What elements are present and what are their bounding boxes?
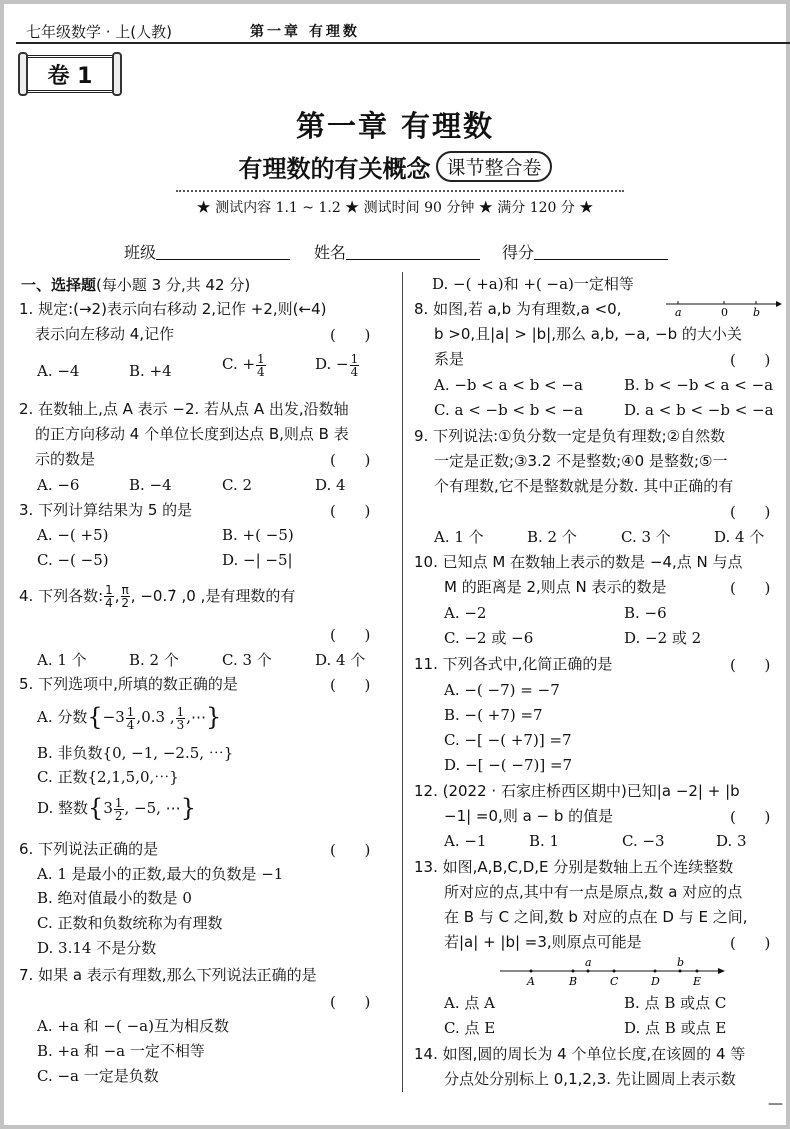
section-heading: 一、选择题(每小题 3 分,共 42 分) xyxy=(21,274,250,295)
q2-option-b[interactable]: B. −4 xyxy=(129,473,172,497)
denominator: 3 xyxy=(176,719,186,731)
q13-stem-line2: 所对应的点,其中有一点是原点,数 a 对应的点 xyxy=(444,880,742,904)
q9-stem-line2: 一定是正数;③3.2 不是整数;④0 是整数;⑤一 xyxy=(434,449,727,473)
subtitle-text: 有理数的有关概念 xyxy=(238,155,430,183)
q10-stem-line2: M 的距离是 2,则点 N 表示的数是 xyxy=(444,575,667,599)
name-field[interactable]: 姓名 xyxy=(314,240,480,263)
q10-answer-blank[interactable]: ( ) xyxy=(730,579,770,597)
q6-stem: 6. 下列说法正确的是 xyxy=(19,837,158,861)
numerator: 1 xyxy=(256,353,266,366)
q2-option-d[interactable]: D. 4 xyxy=(315,473,346,497)
tail: , −5, ⋯ xyxy=(125,799,181,817)
q2-stem-line1: 2. 在数轴上,点 A 表示 −2. 若从点 A 出发,沿数轴 xyxy=(19,397,349,421)
denominator: 4 xyxy=(350,366,360,378)
q5-option-a[interactable]: A. 分数{−314,0.3 ,13,⋯} xyxy=(37,705,221,731)
q2-option-a[interactable]: A. −6 xyxy=(37,473,79,497)
header-chapter: 第一章 有理数 xyxy=(250,21,360,41)
header-divider xyxy=(16,42,790,44)
q10-option-a[interactable]: A. −2 xyxy=(444,601,486,625)
subtitle-tag: 课节整合卷 xyxy=(436,151,551,182)
dotted-divider xyxy=(176,190,624,192)
label: A. 分数 xyxy=(37,708,87,726)
q13-number-line-figure: a b A B C D E xyxy=(498,957,728,989)
name-blank[interactable] xyxy=(346,243,480,260)
q11-answer-blank[interactable]: ( ) xyxy=(730,656,770,674)
q2-option-c[interactable]: C. 2 xyxy=(222,473,252,497)
q11-option-a[interactable]: A. −( −7) = −7 xyxy=(444,678,560,702)
q13-option-c[interactable]: C. 点 E xyxy=(444,1016,495,1040)
numerator: 1 xyxy=(350,353,360,366)
q1-option-d-fraction: 14 xyxy=(350,353,360,378)
q5-stem: 5. 下列选项中,所填的数正确的是 xyxy=(19,672,238,696)
q11-option-b[interactable]: B. −( +7) =7 xyxy=(444,703,543,727)
q12-option-b[interactable]: B. 1 xyxy=(529,829,559,853)
q14-stem-line1: 14. 如图,圆的周长为 4 个单位长度,在该圆的 4 等 xyxy=(414,1042,745,1066)
q4-fraction-2: π2 xyxy=(121,584,130,609)
q4-stem: 4. 下列各数:14,π2, −0.7̇ ,0 ,是有理数的有 xyxy=(19,584,295,609)
whole: 3 xyxy=(103,799,113,817)
q10-option-b[interactable]: B. −6 xyxy=(624,601,667,625)
class-field[interactable]: 班级 xyxy=(124,240,290,263)
fraction: 14 xyxy=(126,706,136,731)
q9-stem-line3: 个有理数,它不是整数就是分数. 其中正确的有 xyxy=(434,474,733,498)
section-note: (每小题 3 分,共 42 分) xyxy=(96,276,250,294)
left-brace-icon: { xyxy=(88,794,103,822)
test-info: ★ 测试内容 1.1 ~ 1.2 ★ 测试时间 90 分钟 ★ 满分 120 分… xyxy=(4,197,786,217)
q9-option-d[interactable]: D. 4 个 xyxy=(714,525,764,549)
label: D. 整数 xyxy=(37,799,88,817)
q5-option-b[interactable]: B. 非负数{0, −1, −2.5, ⋯} xyxy=(37,741,233,765)
q2-stem-line2: 的正方向移动 4 个单位长度到达点 B,则点 B 表 xyxy=(35,422,349,446)
right-brace-icon: } xyxy=(181,794,196,822)
q12-option-c[interactable]: C. −3 xyxy=(622,829,665,853)
q6-option-a[interactable]: A. 1 是最小的正数,最大的负数是 −1 xyxy=(37,862,283,886)
q10-stem-line1: 10. 已知点 M 在数轴上表示的数是 −4,点 N 与点 xyxy=(414,550,743,574)
q1-stem-line2: 表示向左移动 4,记作 xyxy=(35,322,174,346)
q10-option-d[interactable]: D. −2 或 2 xyxy=(624,626,701,650)
left-brace-icon: { xyxy=(87,703,102,731)
q13-option-a[interactable]: A. 点 A xyxy=(444,991,495,1015)
q12-answer-blank[interactable]: ( ) xyxy=(730,808,770,826)
q9-stem-line1: 9. 下列说法:①负分数一定是负有理数;②自然数 xyxy=(414,424,725,448)
q8-stem-line2: b >0,且|a| > |b|,那么 a,b, −a, −b 的大小关 xyxy=(434,322,742,346)
q2-stem-line3: 示的数是 xyxy=(35,447,95,471)
denominator: 2 xyxy=(114,810,124,822)
section-title: 一、选择题 xyxy=(21,276,96,294)
q6-option-d[interactable]: D. 3.14 不是分数 xyxy=(37,936,156,960)
q1-option-c[interactable]: C. +14 xyxy=(222,352,267,378)
q11-option-d[interactable]: D. −[ −( −7)] =7 xyxy=(444,753,572,777)
q5-answer-blank[interactable]: ( ) xyxy=(330,676,370,694)
q10-option-c[interactable]: C. −2 或 −6 xyxy=(444,626,533,650)
page-continue-mark: — xyxy=(768,1094,783,1112)
svg-text:B: B xyxy=(568,975,577,988)
q1-option-b[interactable]: B. +4 xyxy=(129,359,172,383)
q4-fraction-1: 14 xyxy=(104,584,114,609)
q7-option-b[interactable]: B. +a 和 −a 一定不相等 xyxy=(37,1039,205,1063)
q8-answer-blank[interactable]: ( ) xyxy=(730,351,770,369)
score-label: 得分 xyxy=(502,243,534,262)
q3-stem: 3. 下列计算结果为 5 的是 xyxy=(19,498,192,522)
svg-text:C: C xyxy=(610,975,619,988)
q6-answer-blank[interactable]: ( ) xyxy=(330,841,370,859)
q1-answer-blank[interactable]: ( ) xyxy=(330,326,370,344)
name-label: 姓名 xyxy=(314,243,346,262)
denominator: 2 xyxy=(121,597,130,609)
q1-option-d-prefix: D. − xyxy=(315,355,349,373)
svg-text:0: 0 xyxy=(721,306,728,318)
q8-number-line-figure: a 0 b xyxy=(664,296,784,318)
q8-option-a[interactable]: A. −b < a < b < −a xyxy=(434,373,583,397)
badge-label: 卷 1 xyxy=(48,59,93,90)
q8-stem-line1: 8. 如图,若 a,b 为有理数,a <0, xyxy=(414,297,621,321)
svg-text:a: a xyxy=(585,957,592,969)
mid: ,0.3 , xyxy=(136,708,174,726)
class-blank[interactable] xyxy=(156,243,290,260)
score-blank[interactable] xyxy=(534,243,668,260)
q4-prefix: 4. 下列各数: xyxy=(19,587,103,605)
svg-text:b: b xyxy=(677,957,684,969)
q2-answer-blank[interactable]: ( ) xyxy=(330,451,370,469)
svg-text:E: E xyxy=(692,975,701,988)
q4-suffix: , −0.7̇ ,0 ,是有理数的有 xyxy=(131,587,296,605)
denominator: 4 xyxy=(104,597,114,609)
fraction: 13 xyxy=(176,706,186,731)
q12-option-d[interactable]: D. 3 xyxy=(716,829,747,853)
q9-option-a[interactable]: A. 1 个 xyxy=(434,525,484,549)
q8-option-b[interactable]: B. b < −b < a < −a xyxy=(624,373,773,397)
svg-text:D: D xyxy=(650,975,660,988)
q9-answer-blank[interactable]: ( ) xyxy=(730,503,770,521)
q3-option-c[interactable]: C. −( −5) xyxy=(37,548,109,572)
q11-option-c[interactable]: C. −[ −( +7)] =7 xyxy=(444,728,572,752)
q11-stem: 11. 下列各式中,化简正确的是 xyxy=(414,652,612,676)
q7-stem: 7. 如果 a 表示有理数,那么下列说法正确的是 xyxy=(19,963,317,987)
paper-number-badge: 卷 1 xyxy=(21,55,119,93)
numerator: 1 xyxy=(126,706,136,719)
q12-option-a[interactable]: A. −1 xyxy=(444,829,486,853)
q13-stem-line4: 若|a| + |b| =3,则原点可能是 xyxy=(444,930,642,954)
q13-option-d[interactable]: D. 点 B 或点 E xyxy=(624,1016,726,1040)
q12-stem-line2: −1| =0,则 a − b 的值是 xyxy=(444,804,613,828)
q4-option-c[interactable]: C. 3 个 xyxy=(222,648,272,672)
class-label: 班级 xyxy=(124,243,156,262)
q7-option-d[interactable]: D. −( +a)和 +( −a)一定相等 xyxy=(432,272,634,296)
svg-text:a: a xyxy=(675,306,682,318)
q8-option-c[interactable]: C. a < −b < b < −a xyxy=(434,398,583,422)
q4-option-b[interactable]: B. 2 个 xyxy=(129,648,179,672)
q1-option-c-prefix: C. + xyxy=(222,355,255,373)
q14-stem-line2: 分点处分别标上 0,1,2,3. 先让圆周上表示数 xyxy=(444,1067,736,1091)
denominator: 4 xyxy=(256,366,266,378)
column-divider xyxy=(402,272,403,1092)
q8-stem-line3: 系是 xyxy=(434,347,464,371)
q4-answer-blank[interactable]: ( ) xyxy=(330,626,370,644)
tail: ,⋯ xyxy=(186,708,206,726)
q1-option-c-fraction: 14 xyxy=(256,353,266,378)
denominator: 4 xyxy=(126,719,136,731)
q12-stem-line1: 12. (2022 · 石家庄桥西区期中)已知|a −2| + |b xyxy=(414,779,740,803)
score-field[interactable]: 得分 xyxy=(502,240,668,263)
q9-option-b[interactable]: B. 2 个 xyxy=(527,525,577,549)
q3-option-a[interactable]: A. −( +5) xyxy=(37,523,109,547)
q13-option-b[interactable]: B. 点 B 或点 C xyxy=(624,991,726,1015)
q7-option-a[interactable]: A. +a 和 −( −a)互为相反数 xyxy=(37,1014,229,1038)
numerator: 1 xyxy=(114,797,124,810)
q5-option-d[interactable]: D. 整数{312, −5, ⋯} xyxy=(37,796,196,822)
svg-text:b: b xyxy=(753,306,760,318)
q4-option-d[interactable]: D. 4 个 xyxy=(315,648,365,672)
right-brace-icon: } xyxy=(206,703,221,731)
q8-option-d[interactable]: D. a < b < −b < −a xyxy=(624,398,774,422)
q1-option-d[interactable]: D. −14 xyxy=(315,352,360,378)
numerator: 1 xyxy=(176,706,186,719)
q5-option-c[interactable]: C. 正数{2,1,5,0,⋯} xyxy=(37,765,179,789)
q9-option-c[interactable]: C. 3 个 xyxy=(621,525,671,549)
exam-page: 七年级数学 · 上(人教) 第一章 有理数 卷 1 第一章 有理数 有理数的有关… xyxy=(4,4,786,1125)
fraction: 12 xyxy=(114,797,124,822)
q13-stem-line3: 在 B 与 C 之间,数 b 对应的点在 D 与 E 之间, xyxy=(444,905,748,929)
q1-option-a[interactable]: A. −4 xyxy=(37,359,79,383)
subtitle: 有理数的有关概念课节整合卷 xyxy=(4,149,786,184)
svg-text:A: A xyxy=(526,975,535,988)
q7-option-c[interactable]: C. −a 一定是负数 xyxy=(37,1064,159,1088)
q6-option-b[interactable]: B. 绝对值最小的数是 0 xyxy=(37,886,192,910)
q3-option-d[interactable]: D. −| −5| xyxy=(222,548,293,572)
q13-answer-blank[interactable]: ( ) xyxy=(730,934,770,952)
q3-option-b[interactable]: B. +( −5) xyxy=(222,523,294,547)
q4-option-a[interactable]: A. 1 个 xyxy=(37,648,87,672)
q1-stem-line1: 1. 规定:(→2)表示向右移动 2,记作 +2,则(←4) xyxy=(19,297,327,321)
q13-stem-line1: 13. 如图,A,B,C,D,E 分别是数轴上五个连续整数 xyxy=(414,855,733,879)
q6-option-c[interactable]: C. 正数和负数统称为有理数 xyxy=(37,911,222,935)
q7-answer-blank[interactable]: ( ) xyxy=(330,993,370,1011)
header-book-title: 七年级数学 · 上(人教) xyxy=(26,21,172,42)
chapter-title: 第一章 有理数 xyxy=(4,104,786,145)
whole: −3 xyxy=(103,708,125,726)
q3-answer-blank[interactable]: ( ) xyxy=(330,502,370,520)
